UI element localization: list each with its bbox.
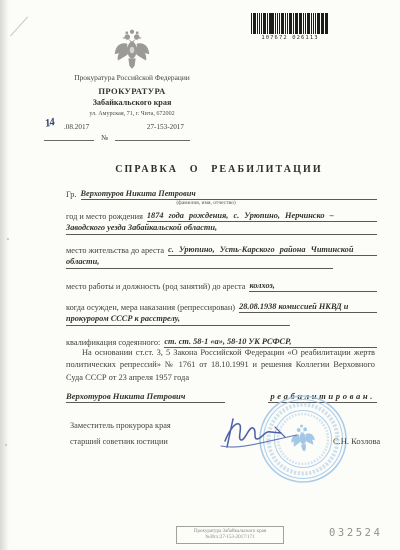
barcode: 107672 026113	[249, 13, 331, 41]
letterhead-address: ул. Амурская, 71, г. Чита, 672002	[44, 111, 220, 117]
verdict-name: Верхотуров Никита Петрович	[66, 391, 225, 403]
registration-stamp-box: Прокуратура Забайкальского края №Исх:27-…	[176, 526, 284, 544]
signer-name: С.Н. Козлова	[333, 436, 380, 446]
field-work: место работы и должность (род занятий) д…	[66, 280, 377, 292]
signer-position-2: старший советник юстиции	[70, 437, 171, 446]
field-birth-value-2: Заводского уезда Забайкальской области,	[66, 223, 217, 232]
field-birth: год и место рождения 1874 года рождения,…	[66, 210, 377, 222]
field-sentence-continuation: прокурором СССР к расстрелу,	[66, 313, 290, 326]
field-residence-value-2: области,	[66, 257, 99, 266]
blank-serial-number: 032524	[329, 527, 383, 539]
date-row: 14 .08.2017 27-153-2017	[44, 120, 220, 131]
field-residence-continuation: области,	[66, 256, 333, 269]
field-birth-value-1: 1874 года рождения, с. Урюпино, Нерчинск…	[147, 211, 334, 220]
field-qualification-value: ст. ст. 58-1 «а», 58-10 УК РСФСР,	[164, 337, 291, 346]
legal-basis-paragraph: На основании ст.ст. 3, 5 Закона Российск…	[66, 347, 375, 384]
document-title: СПРАВКА О РЕАБИЛИТАЦИИ	[66, 164, 372, 175]
registration-number: №Исх:27-153-2017/171	[180, 535, 280, 541]
field-work-value: колхоз,	[249, 281, 274, 290]
signer-position-block: Заместитель прокурора края старший совет…	[70, 421, 171, 453]
signer-position-1: Заместитель прокурора края	[70, 421, 171, 430]
field-sentence: когда осужден, мера наказания (репрессир…	[66, 301, 377, 313]
scan-scratch	[10, 17, 28, 37]
field-residence-value-1: с. Урюпино, Усть-Карского района Читинск…	[168, 245, 353, 254]
field-sentence-value-2: прокурором СССР к расстрелу,	[66, 314, 180, 323]
field-citizen-label: Гр.	[66, 189, 77, 200]
field-work-label: место работы и должность (род занятий) д…	[66, 281, 245, 292]
barcode-bars	[251, 13, 329, 34]
scan-speck	[5, 444, 7, 446]
scan-speck	[7, 238, 9, 240]
number-rule-line	[115, 132, 190, 141]
barcode-number: 107672 026113	[249, 35, 331, 41]
field-birth-continuation: Заводского уезда Забайкальской области,	[66, 222, 377, 235]
field-birth-label: год и место рождения	[66, 211, 143, 222]
date-rule-line	[44, 132, 94, 141]
field-citizen-value: Верхотуров Никита Петрович	[81, 189, 196, 198]
signature-ink	[219, 413, 301, 455]
field-residence-label: место жительства до ареста	[66, 245, 164, 256]
letterhead: Прокуратура Российской Федерации ПРОКУРА…	[44, 73, 220, 141]
field-residence: место жительства до ареста с. Урюпино, У…	[66, 244, 377, 256]
date-printed: .08.2017	[64, 123, 89, 131]
rehabilitation-certificate-document: 107672 026113 Прокуратура Российской Фед…	[0, 0, 400, 550]
field-citizen: Гр. Верхотуров Никита Петрович	[66, 188, 377, 200]
number-sign: №	[101, 133, 108, 142]
letterhead-org-name: ПРОКУРАТУРА	[44, 86, 220, 96]
outgoing-number: 27-153-2017	[147, 123, 184, 131]
letterhead-org-region: Забайкальского края	[44, 98, 220, 107]
number-row: №	[44, 132, 190, 141]
field-sentence-label: когда осужден, мера наказания (репрессир…	[66, 302, 235, 313]
form-body: Гр. Верхотуров Никита Петрович (фамилия,…	[66, 188, 377, 348]
letterhead-country-org: Прокуратура Российской Федерации	[44, 73, 220, 82]
field-sentence-value-1: 28.08.1938 комиссией НКВД и	[239, 302, 348, 311]
scan-edge-shadow	[0, 0, 9, 550]
coat-of-arms-icon	[111, 26, 153, 72]
handwritten-day: 14	[44, 116, 55, 130]
field-citizen-hint: (фамилия, имя, отчество)	[96, 200, 316, 207]
